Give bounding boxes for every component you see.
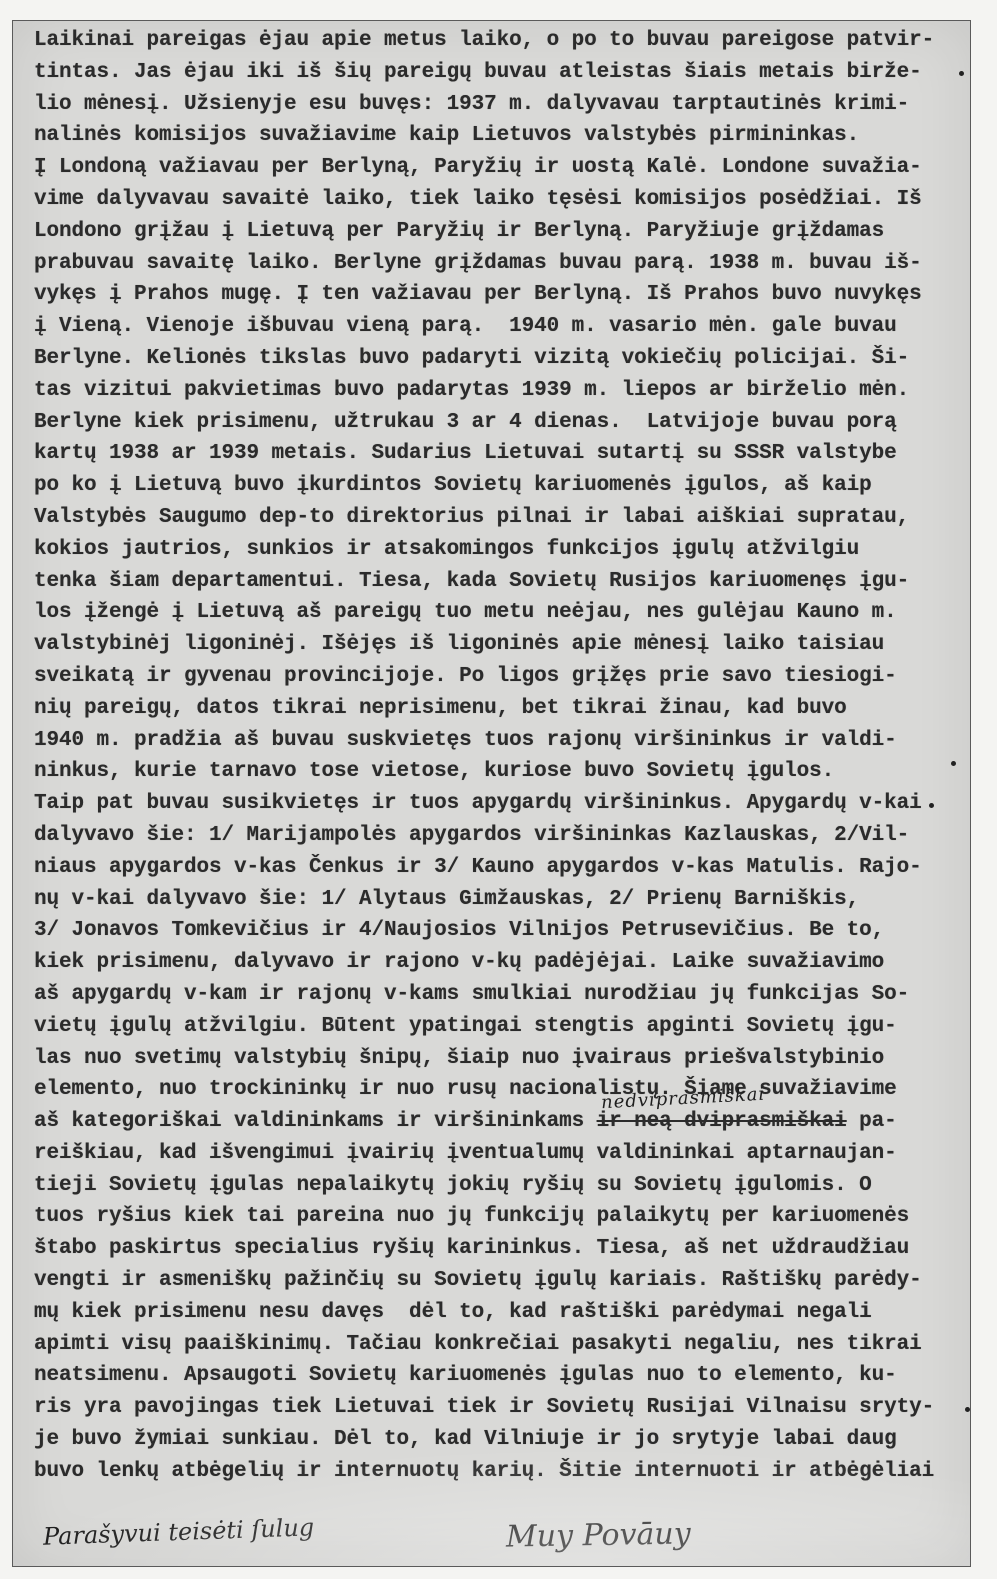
- ink-mark: [951, 761, 956, 766]
- text-line: Berlyne. Kelionės tikslas buvo padaryti …: [34, 343, 934, 375]
- text-line: las nuo svetimų valstybių šnipų, šiaip n…: [34, 1043, 934, 1075]
- typewritten-text: Laikinai pareigas ėjau apie metus laiko,…: [34, 25, 934, 1488]
- text-line: Valstybės Saugumo dep-to direktorius pil…: [34, 502, 934, 534]
- text-line: 1940 m. pradžia aš buvau suskvietęs tuos…: [34, 725, 934, 757]
- text-line: tuos ryšius kiek tai pareina nuo jų funk…: [34, 1201, 934, 1233]
- text-line: vime dalyvavau savaitė laiko, tiek laiko…: [34, 184, 934, 216]
- text-line: po ko į Lietuvą buvo įkurdintos Sovietų …: [34, 470, 934, 502]
- signature: Muy Povāuy: [506, 1516, 691, 1554]
- text-line: ris yra pavojingas tiek Lietuvai tiek ir…: [34, 1392, 934, 1424]
- text-line: Laikinai pareigas ėjau apie metus laiko,…: [34, 25, 934, 57]
- text-line: lio mėnesį. Užsienyje esu buvęs: 1937 m.…: [34, 89, 934, 121]
- text-line: kartų 1938 ar 1939 metais. Sudarius Liet…: [34, 438, 934, 470]
- text-line: je buvo žymiai sunkiau. Dėl to, kad Viln…: [34, 1424, 934, 1456]
- text-line: neatsimenu. Apsaugoti Sovietų kariuomenė…: [34, 1360, 934, 1392]
- text-line: reiškiau, kad išvengimui įvairių įventua…: [34, 1138, 934, 1170]
- ink-mark: [959, 71, 964, 76]
- text-line: nų v-kai dalyvavo šie: 1/ Alytaus Gimžau…: [34, 884, 934, 916]
- text-line: tenka šiam departamentui. Tiesa, kada So…: [34, 566, 934, 598]
- text-line: štabo paskirtus specialius ryšių karinin…: [34, 1233, 934, 1265]
- text-line: aš apygardų v-kam ir rajonų v-kams smulk…: [34, 979, 934, 1011]
- text-line: kiek prisimenu, dalyvavo ir rajono v-kų …: [34, 947, 934, 979]
- text-line: prabuvau savaitę laiko. Berlyne grįždama…: [34, 248, 934, 280]
- text-line: tintas. Jas ėjau iki iš šių pareigų buva…: [34, 57, 934, 89]
- text-line-with-strikethrough: aš kategoriškai valdininkams ir viršinin…: [34, 1106, 934, 1138]
- text-line: Į Londoną važiavau per Berlyną, Paryžių …: [34, 152, 934, 184]
- text-line: valstybinėj ligoninėj. Išėjęs iš ligonin…: [34, 629, 934, 661]
- text-line: mų kiek prisimenu nesu davęs dėl to, kad…: [34, 1297, 934, 1329]
- text-line: Londono grįžau į Lietuvą per Paryžių ir …: [34, 216, 934, 248]
- document-page: Laikinai pareigas ėjau apie metus laiko,…: [12, 20, 971, 1567]
- text-line: vengti ir asmeniškų pažinčių su Sovietų …: [34, 1265, 934, 1297]
- ink-mark: [929, 803, 934, 808]
- text-line: los įžengė į Lietuvą aš pareigų tuo metu…: [34, 597, 934, 629]
- text-line: vykęs į Prahos mugę. Į ten važiavau per …: [34, 279, 934, 311]
- text-line: Berlyne kiek prisimenu, užtrukau 3 ar 4 …: [34, 407, 934, 439]
- text-fragment: aš kategoriškai valdininkams ir viršinin…: [34, 1110, 597, 1133]
- struck-text: ir neą dviprasmiškai: [597, 1110, 847, 1133]
- text-line: tieji Sovietų įgulas nepalaikytų jokių r…: [34, 1170, 934, 1202]
- text-line: dalyvavo šie: 1/ Marijampolės apygardos …: [34, 820, 934, 852]
- text-line: niaus apygardos v-kas Čenkus ir 3/ Kauno…: [34, 852, 934, 884]
- text-line: į Vieną. Vienoje išbuvau vieną parą. 194…: [34, 311, 934, 343]
- text-line: buvo lenkų atbėgelių ir internuotų karių…: [34, 1456, 934, 1488]
- text-line: apimti visų paaiškinimų. Tačiau konkreči…: [34, 1329, 934, 1361]
- text-line: vietų įgulų atžvilgiu. Būtent ypatingai …: [34, 1011, 934, 1043]
- handwritten-note-signature: Parašyvui teisėti ſulug: [43, 1513, 315, 1550]
- text-line: ninkus, kurie tarnavo tose vietose, kuri…: [34, 756, 934, 788]
- text-line: nalinės komisijos suvažiavime kaip Lietu…: [34, 120, 934, 152]
- text-line: sveikatą ir gyvenau provincijoje. Po lig…: [34, 661, 934, 693]
- text-line: kokios jautrios, sunkios ir atsakomingos…: [34, 534, 934, 566]
- text-line: tas vizitui pakvietimas buvo padarytas 1…: [34, 375, 934, 407]
- text-line: nių pareigų, datos tikrai neprisimenu, b…: [34, 693, 934, 725]
- text-line: Taip pat buvau susikvietęs ir tuos apyga…: [34, 788, 934, 820]
- text-line: elemento, nuo trockininkų ir nuo rusų na…: [34, 1074, 934, 1106]
- text-fragment: pa-: [847, 1110, 897, 1133]
- ink-mark: [965, 1407, 970, 1412]
- text-line: 3/ Jonavos Tomkevičius ir 4/Naujosios Vi…: [34, 915, 934, 947]
